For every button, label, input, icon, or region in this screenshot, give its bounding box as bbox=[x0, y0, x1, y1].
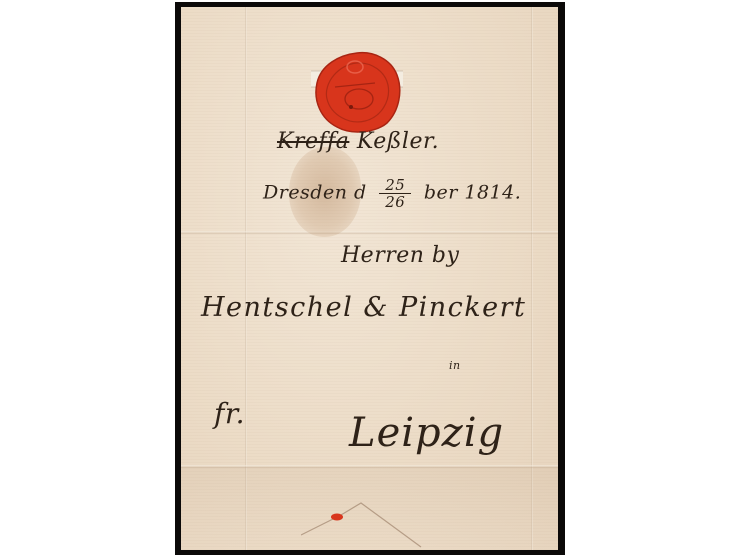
struck-word: Kreffa bbox=[277, 129, 349, 154]
place-text: Dresden d bbox=[263, 182, 367, 204]
date-fraction: 25 26 bbox=[379, 177, 411, 210]
month-year-text: ber 1814. bbox=[424, 182, 521, 204]
place-date-line: Dresden d 25 26 ber 1814. bbox=[263, 177, 521, 210]
addressee-name: Keßler. bbox=[357, 129, 439, 154]
letter-paper: Kreffa Keßler. Dresden d 25 26 ber 1814.… bbox=[181, 7, 558, 550]
addressee-line: Kreffa Keßler. bbox=[277, 129, 439, 154]
date-denominator: 26 bbox=[379, 194, 411, 210]
salutation-line: Herren by bbox=[341, 243, 459, 268]
date-numerator: 25 bbox=[379, 177, 411, 194]
firm-name-line: Hentschel & Pinckert bbox=[201, 292, 526, 323]
destination-city: Leipzig bbox=[349, 410, 504, 456]
bottom-seal-fragment bbox=[331, 514, 343, 521]
franco-mark: fr. bbox=[214, 397, 245, 430]
horizontal-fold-middle bbox=[181, 231, 558, 234]
torn-flap-mark bbox=[301, 485, 461, 550]
in-word: in bbox=[449, 359, 461, 372]
wax-seal-icon bbox=[311, 49, 403, 135]
